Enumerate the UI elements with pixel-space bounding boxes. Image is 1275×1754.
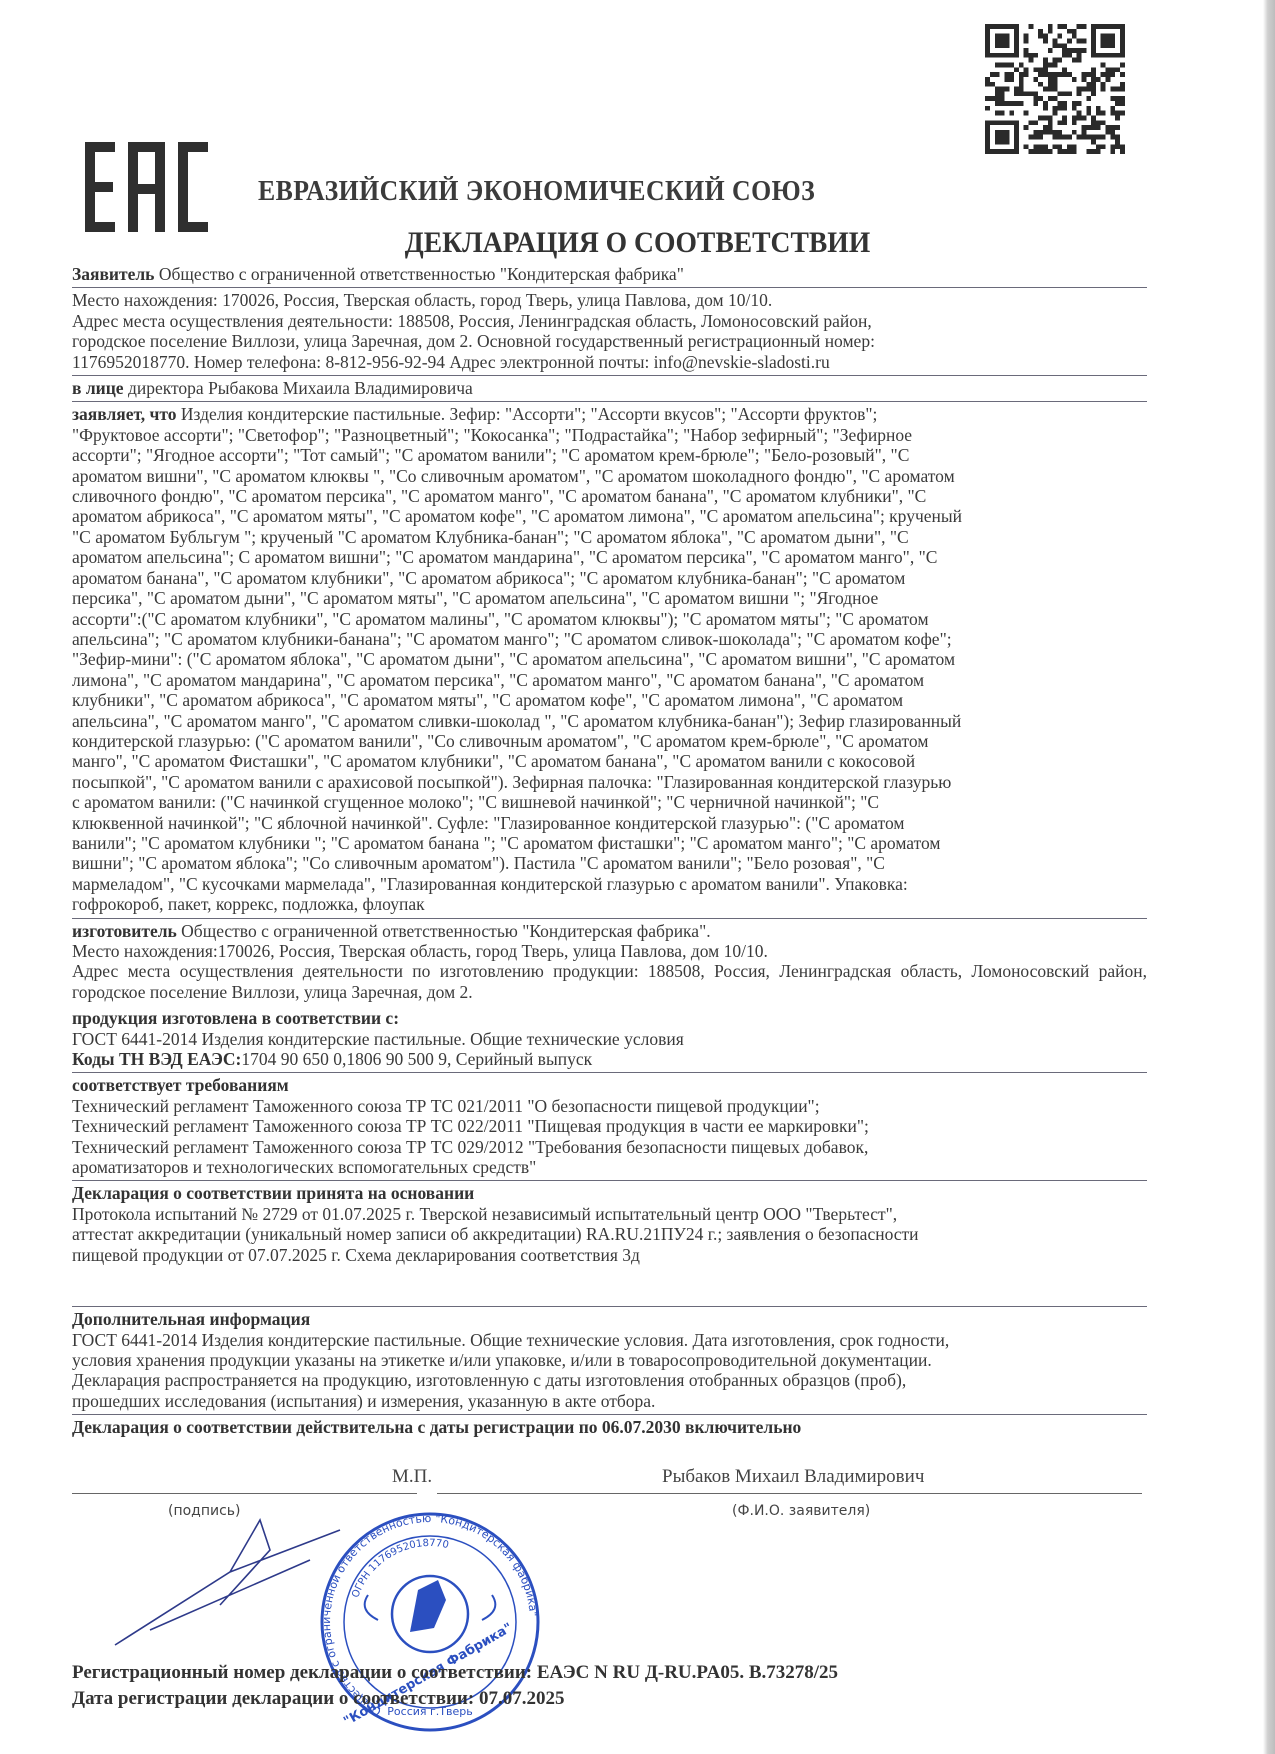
manufacturer-label: изготовитель: [72, 921, 177, 941]
declares-line: клюквенной начинкой"; "С яблочной начинк…: [72, 813, 1147, 833]
represented-by-section: в лице директора Рыбакова Михаила Владим…: [72, 376, 1147, 402]
declares-line: "С ароматом Бубльгум "; крученый "С аром…: [72, 527, 1147, 547]
produced-per-label: продукция изготовлена в соответствии с:: [72, 1008, 1147, 1028]
applicant-line: городское поселение Виллози, улица Зареч…: [72, 331, 1147, 351]
declares-text: клюквенной начинкой"; "С яблочной начинк…: [72, 813, 905, 833]
manufacturer-location: Место нахождения:170026, Россия, Тверска…: [72, 941, 1147, 961]
declares-label: заявляет, что: [72, 404, 177, 424]
declares-text: ванили"; "С ароматом клубники "; "С аром…: [72, 833, 941, 853]
registration-date: 07.07.2025: [479, 1688, 565, 1709]
scan-edge: [1263, 0, 1275, 1754]
basis-line: аттестат аккредитации (уникальный номер …: [72, 1224, 1147, 1244]
basis-line: пищевой продукции от 07.07.2025 г. Схема…: [72, 1245, 1147, 1265]
qr-code-icon: [985, 24, 1125, 154]
declares-text: манго", "С ароматом Фисташки", "С аромат…: [72, 751, 915, 771]
declares-text: апельсина"; "С ароматом клубники-банана"…: [72, 629, 952, 649]
declares-text: "С ароматом Бубльгум "; крученый "С аром…: [72, 527, 909, 547]
declares-line: мармеладом", "С кусочками мармелада", "Г…: [72, 874, 1147, 894]
regulation-line: Технический регламент Таможенного союза …: [72, 1137, 1147, 1157]
declares-text: вишни"; "С ароматом яблока"; "Со сливочн…: [72, 853, 885, 873]
applicant-label: Заявитель: [72, 264, 154, 284]
applicant-line: 1176952018770. Номер телефона: 8-812-956…: [72, 352, 1147, 372]
declares-line: манго", "С ароматом Фисташки", "С аромат…: [72, 751, 1147, 771]
declares-line: ароматом банана", "С ароматом клубники",…: [72, 568, 1147, 588]
declares-section: заявляет, что Изделия кондитерские пасти…: [72, 402, 1147, 918]
declares-line: ароматом вишни", "С ароматом клюквы ", "…: [72, 466, 1147, 486]
declares-text: сливочного фондю", "С ароматом персика",…: [72, 486, 926, 506]
declares-text: ассорти":("С ароматом клубники", "С аром…: [72, 609, 929, 629]
signer-name: Рыбаков Михаил Владимирович: [662, 1467, 924, 1487]
declares-line: вишни"; "С ароматом яблока"; "Со сливочн…: [72, 853, 1147, 873]
seal-place-label: М.П.: [392, 1467, 432, 1487]
declares-line: кондитерской глазурью: ("С ароматом вани…: [72, 731, 1147, 751]
signature-line: [72, 1493, 417, 1494]
declares-line: гофрокороб, пакет, коррекс, подложка, фл…: [72, 894, 1147, 914]
document-body: Заявитель Общество с ограниченной ответс…: [72, 262, 1147, 1545]
declares-line: "Зефир-мини": ("С ароматом яблока", "С а…: [72, 649, 1147, 669]
complies-label: соответствует требованиям: [72, 1075, 1147, 1095]
declares-line: ассорти":("С ароматом клубники", "С аром…: [72, 609, 1147, 629]
registration-date-label: Дата регистрации декларации о соответств…: [72, 1688, 479, 1709]
basis-line: Протокола испытаний № 2729 от 01.07.2025…: [72, 1204, 1147, 1224]
declares-text: клубники", "С ароматом абрикоса", "С аро…: [72, 690, 903, 710]
regulation-line: Технический регламент Таможенного союза …: [72, 1096, 1147, 1116]
declares-text: ароматом вишни", "С ароматом клюквы ", "…: [72, 466, 955, 486]
regulation-line: ароматизаторов и технологических вспомог…: [72, 1157, 1147, 1177]
declares-line: ассорти"; "Ягодное ассорти"; "Тот самый"…: [72, 445, 1147, 465]
declaration-page: ЕВРАЗИЙСКИЙ ЭКОНОМИЧЕСКИЙ СОЮЗ ДЕКЛАРАЦИ…: [0, 0, 1275, 1754]
validity-section: Декларация о соответствии действительна …: [72, 1415, 1147, 1440]
declares-text: кондитерской глазурью: ("С ароматом вани…: [72, 731, 928, 751]
declares-line: лимона", "С ароматом мандарина", "С аром…: [72, 670, 1147, 690]
declares-line: заявляет, что Изделия кондитерские пасти…: [72, 404, 1147, 424]
additional-line: условия хранения продукции указаны на эт…: [72, 1350, 1147, 1370]
declares-text: лимона", "С ароматом мандарина", "С аром…: [72, 670, 924, 690]
registration-block: Регистрационный номер декларации о соотв…: [72, 1660, 838, 1712]
declares-text: "Зефир-мини": ("С ароматом яблока", "С а…: [72, 649, 955, 669]
declares-text: "Фруктовое ассорти"; "Светофор"; "Разноц…: [72, 425, 912, 445]
codes-label: Коды ТН ВЭД ЕАЭС:: [72, 1049, 241, 1069]
additional-line: ГОСТ 6441-2014 Изделия кондитерские паст…: [72, 1330, 1147, 1350]
declares-text: персика", "С ароматом дыни", "С ароматом…: [72, 588, 878, 608]
basis-section: Декларация о соответствии принята на осн…: [72, 1181, 1147, 1307]
declares-line: апельсина", "С ароматом манго", "С арома…: [72, 711, 1147, 731]
declares-text: ароматом абрикоса", "С ароматом мяты", "…: [72, 506, 962, 526]
registration-number-label: Регистрационный номер декларации о соотв…: [72, 1662, 537, 1683]
applicant-line: Место нахождения: 170026, Россия, Тверск…: [72, 290, 1147, 310]
additional-label: Дополнительная информация: [72, 1309, 1147, 1329]
validity-text: Декларация о соответствии действительна …: [72, 1417, 1147, 1437]
name-line: [437, 1493, 1142, 1494]
represented-by-label: в лице: [72, 378, 124, 398]
declares-line: посыпкой", "С ароматом ванили с арахисов…: [72, 772, 1147, 792]
manufacturer-section: изготовитель Общество с ограниченной отв…: [72, 919, 1147, 1074]
applicant-details: Место нахождения: 170026, Россия, Тверск…: [72, 288, 1147, 376]
additional-line: Декларация распространяется на продукцию…: [72, 1370, 1147, 1390]
declares-text: ассорти"; "Ягодное ассорти"; "Тот самый"…: [72, 445, 909, 465]
declares-line: сливочного фондю", "С ароматом персика",…: [72, 486, 1147, 506]
declares-text: Изделия кондитерские пастильные. Зефир: …: [177, 404, 878, 424]
declares-text: посыпкой", "С ароматом ванили с арахисов…: [72, 772, 951, 792]
declares-line: ароматом абрикоса", "С ароматом мяты", "…: [72, 506, 1147, 526]
represented-by-value: директора Рыбакова Михаила Владимировича: [124, 378, 473, 398]
document-title: ДЕКЛАРАЦИЯ О СООТВЕТСТВИИ: [51, 226, 1224, 260]
declares-text: с ароматом ванили: ("С начинкой сгущенно…: [72, 792, 879, 812]
union-name: ЕВРАЗИЙСКИЙ ЭКОНОМИЧЕСКИЙ СОЮЗ: [258, 176, 815, 208]
manufacturer-production-address: Адрес места осуществления деятельности п…: [72, 961, 1147, 1002]
declares-line: клубники", "С ароматом абрикоса", "С аро…: [72, 690, 1147, 710]
additional-line: прошедших исследования (испытания) и изм…: [72, 1391, 1147, 1411]
declares-line: ароматом апельсина"; С ароматом вишни"; …: [72, 547, 1147, 567]
codes-value: 1704 90 650 0,1806 90 500 9, Серийный вы…: [241, 1049, 592, 1069]
declares-line: "Фруктовое ассорти"; "Светофор"; "Разноц…: [72, 425, 1147, 445]
applicant-line: Адрес места осуществления деятельности: …: [72, 311, 1147, 331]
declares-line: с ароматом ванили: ("С начинкой сгущенно…: [72, 792, 1147, 812]
complies-section: соответствует требованиям Технический ре…: [72, 1073, 1147, 1181]
eac-logo: [83, 140, 208, 235]
produced-per-standard: ГОСТ 6441-2014 Изделия кондитерские паст…: [72, 1029, 1147, 1049]
handwritten-signature: [110, 1510, 350, 1650]
declares-text: гофрокороб, пакет, коррекс, подложка, фл…: [72, 894, 425, 914]
applicant-section: Заявитель Общество с ограниченной ответс…: [72, 262, 1147, 288]
declares-line: ванили"; "С ароматом клубники "; "С аром…: [72, 833, 1147, 853]
declares-line: апельсина"; "С ароматом клубники-банана"…: [72, 629, 1147, 649]
manufacturer-value: Общество с ограниченной ответственностью…: [177, 921, 711, 941]
declares-text: апельсина", "С ароматом манго", "С арома…: [72, 711, 961, 731]
applicant-value: Общество с ограниченной ответственностью…: [154, 264, 683, 284]
declares-text: ароматом апельсина"; С ароматом вишни"; …: [72, 547, 937, 567]
additional-section: Дополнительная информация ГОСТ 6441-2014…: [72, 1307, 1147, 1415]
basis-label: Декларация о соответствии принята на осн…: [72, 1183, 1147, 1203]
declares-line: персика", "С ароматом дыни", "С ароматом…: [72, 588, 1147, 608]
registration-number: ЕАЭС N RU Д-RU.PA05. В.73278/25: [537, 1662, 838, 1683]
declares-text: мармеладом", "С кусочками мармелада", "Г…: [72, 874, 908, 894]
declares-text: ароматом банана", "С ароматом клубники",…: [72, 568, 905, 588]
name-hint: (Ф.И.О. заявителя): [732, 1501, 870, 1521]
regulation-line: Технический регламент Таможенного союза …: [72, 1116, 1147, 1136]
